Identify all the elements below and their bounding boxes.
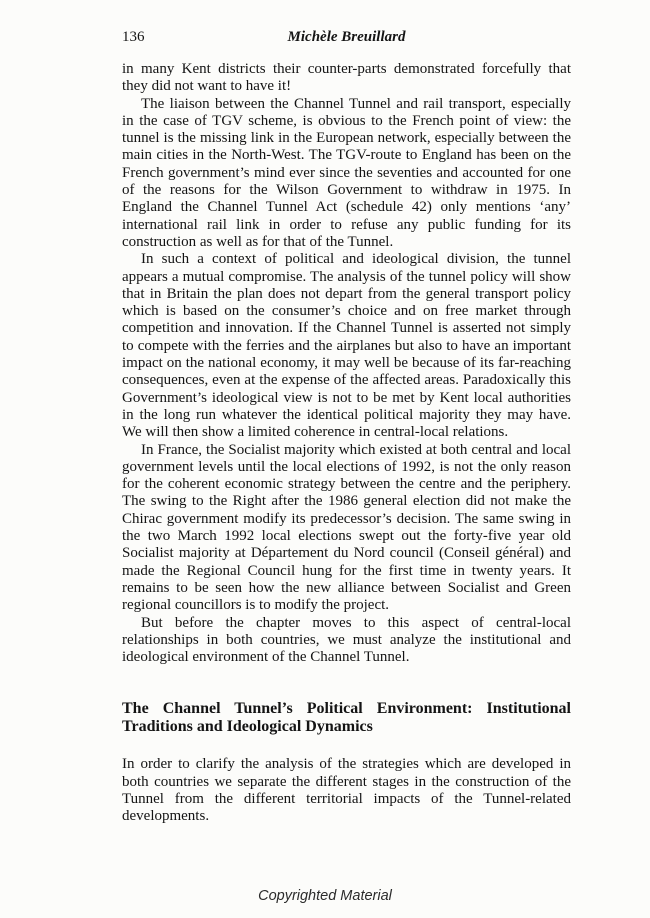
body-paragraph: in many Kent districts their counter-par… bbox=[122, 61, 571, 96]
body-paragraph: In France, the Socialist majority which … bbox=[122, 442, 571, 615]
page-body: in many Kent districts their counter-par… bbox=[122, 61, 571, 826]
body-paragraph: But before the chapter moves to this asp… bbox=[122, 615, 571, 667]
body-paragraph: In such a context of political and ideol… bbox=[122, 251, 571, 441]
section-paragraph: In order to clarify the analysis of the … bbox=[122, 756, 571, 825]
body-paragraph: The liaison between the Channel Tunnel a… bbox=[122, 96, 571, 252]
running-head-author: Michèle Breuillard bbox=[122, 29, 571, 46]
copyright-footer: Copyrighted Material bbox=[0, 888, 650, 904]
section-heading: The Channel Tunnel’s Political Environme… bbox=[122, 700, 571, 736]
running-head: 136 Michèle Breuillard bbox=[122, 29, 571, 47]
page-number: 136 bbox=[122, 29, 145, 46]
